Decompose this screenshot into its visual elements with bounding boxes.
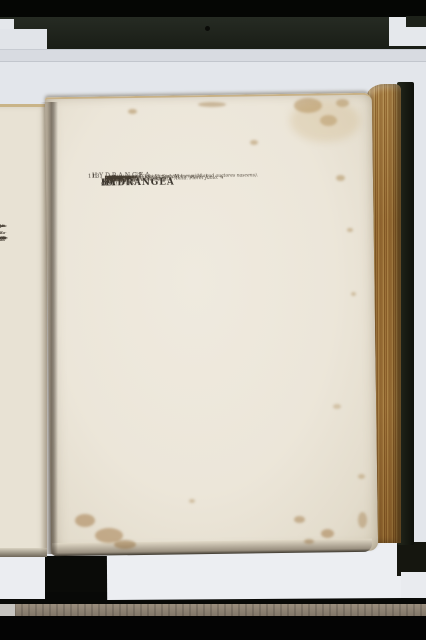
- foxing-spot: [321, 529, 334, 538]
- foxing-spot: [347, 228, 353, 232]
- foxing-spot: [351, 292, 356, 296]
- foxing-spot: [358, 474, 365, 479]
- foxing-spot: [304, 539, 314, 544]
- black-frame-bottom: [0, 616, 426, 640]
- backdrop-notch: [406, 16, 426, 27]
- foxing-spot: [128, 109, 137, 114]
- text-column: HYDRANGEA. 113 Nomen japon. Sieboldia. (…: [105, 170, 302, 173]
- page-number: 113: [88, 174, 100, 180]
- foxing-spot: [358, 512, 367, 528]
- foxing-spot: [189, 499, 195, 503]
- foxing-spot: [250, 140, 258, 145]
- backdrop-hole: [205, 26, 210, 31]
- foxing-spot: [290, 100, 360, 142]
- foam-cradle-ledge: [0, 49, 426, 62]
- signature-mark: 29: [136, 173, 142, 178]
- foam-support-top-left-lower: [0, 29, 47, 50]
- left-page-text-fragments: sinecvitiespspeoble ha-d.Sa- vaaeter-tae…: [0, 224, 13, 406]
- foxing-spot: [75, 514, 95, 527]
- book-photograph: sinecvitiespspeoble ha-d.Sa- vaaeter-tae…: [0, 0, 426, 640]
- foxing-spot: [336, 175, 345, 181]
- foxing-spot: [294, 516, 305, 523]
- foxing-spot: [333, 404, 341, 409]
- foam-support-bottom-right: [401, 572, 426, 598]
- foxing-spot: [198, 102, 226, 107]
- shadow-gap-bottom: [45, 556, 108, 592]
- gutter-shadow: [40, 102, 62, 554]
- shadow-under-cover: [397, 542, 426, 576]
- right-page: HYDRANGEA. 113 Nomen japon. Sieboldia. (…: [45, 93, 378, 556]
- foxing-spot: [114, 540, 136, 549]
- dark-backdrop-wall: [0, 17, 426, 50]
